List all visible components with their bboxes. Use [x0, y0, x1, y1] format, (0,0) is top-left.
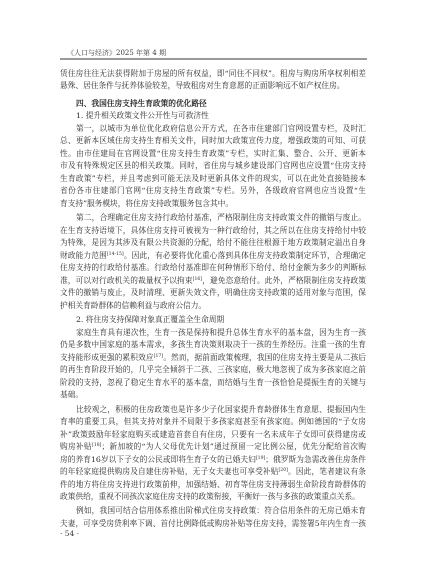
text-line: 财政能力范围[14-15]。因此，有必要将优化重心落到具体住房支持政策制定环节，…	[60, 250, 366, 263]
paragraph-second-measure: 第二，合理确定住房支持行政给付基准，严格限制住房支持政策文件的撤销与废止。 在生…	[60, 212, 366, 312]
paragraph-international-comparison: 比较观之，积极的住房政策也是许多少子化国家提升育龄群体生育意愿、提振国内生 育率…	[60, 404, 366, 504]
text-line: 生育政策”专栏，并且考虑到可能无法及时更新具体文件的现实，可以在此处直接链接本	[60, 173, 366, 186]
subheading-1: 1. 提升相关政策文件公开性与可救济性	[60, 110, 366, 123]
text-line: 文件的撤销与废止，及时清理、更新失效文件，明确住房支持政策的适用对象与范围，保	[60, 287, 366, 300]
text-line: 件的地方将住房支持进行政策前伸，加强结婚、初育等住房支持薄弱生命阶段育龄群体的	[60, 479, 366, 492]
text-line: 例如，我国可结合信用体系推出阶梯式住房支持政策：符合信用条件的无房已婚未育	[60, 505, 366, 518]
text-line: 市及有特殊规定区县的相关政策。同时，省住房与城乡建设部门官网也应设置“住房支持	[60, 160, 366, 173]
text-line: 购房补贴[18]；新加坡的“为人父母优先计划”通过预留一定比例公屋，优先分配给首…	[60, 441, 366, 454]
paragraph-continuation: 赁住房往往无法获得附加于房屋的所有权益，即“同住不同权”。租房与购房所享权利相差…	[60, 68, 366, 93]
citation-ref: [19]	[256, 456, 265, 461]
article-body: 赁住房往往无法获得附加于房屋的所有权益，即“同住不同权”。租房与购房所享权利相差…	[60, 68, 366, 531]
text-line: 的年轻家庭提供购房及自建住房补贴，无子女夫妻也可享受补贴[20]。因此，笔者建议…	[60, 466, 366, 479]
text-line: 护相关育龄群体的信赖利益与政府公信力。	[60, 300, 366, 313]
text-line: 住房支持的行政给付基准。行政给付基准即在何种情形下给付、给付金额为多少的判断标	[60, 262, 366, 275]
citation-ref: [17]	[154, 354, 163, 359]
subheading-text: 1. 提升相关政策文件公开性与可救济性	[60, 110, 366, 123]
subheading-2: 2. 将住房支持保障对象真正覆盖全生命周期	[60, 314, 366, 327]
citation-ref: [16]	[193, 277, 202, 282]
text-line: 省份各市住建部门官网“住房支持生育政策”专栏。另外，各级政府官网也应当设置“生	[60, 185, 366, 198]
text-line: 准，可以对行政机关的裁量权予以拘束[16]，避免恣意给付。此外，严格限制住房支持…	[60, 275, 366, 288]
text-line: 家庭生育具有递次性，生育一孩是保持和提升总体生育水平的基本盘，因为生育一孩	[60, 327, 366, 340]
paragraph-example: 例如，我国可结合信用体系推出阶梯式住房支持政策：符合信用条件的无房已婚未育 夫妻…	[60, 505, 366, 530]
text-line: 第一，以城市为单位优化政府信息公开方式，在各市住建部门官网设置专栏，及时汇	[60, 123, 366, 136]
text-segment: ，避免恣意给付。此外，严格限制住房支持政策	[202, 276, 366, 285]
paragraph-family-fertility: 家庭生育具有递次性，生育一孩是保持和提升总体生育水平的基本盘，因为生育一孩 仍是…	[60, 327, 366, 402]
text-line: 补”政策鼓励年轻家庭购买或建造首套自有住房，只要有一名未成年子女即可获得建房或	[60, 429, 366, 442]
text-line: 总、更新本区域住房支持生育相关文件，同时加大政策宣传力度，增强政策的可知、可获	[60, 135, 366, 148]
citation-ref: [14-15]	[107, 252, 124, 257]
text-line: 在生育支持语境下，具体住房支持可被视为一种行政给付，其之所以在住房支持给付中较	[60, 225, 366, 238]
text-line: 的再生育阶段开始的，几乎完全倾斜于二孩、三孩家庭，极大地忽视了成为多孩家庭之前	[60, 364, 366, 377]
text-line: 房的养育16岁以下子女的公民或即将生育子女的已婚夫妇[19]；俄罗斯为急需改善住…	[60, 454, 366, 467]
text-segment: ；俄罗斯为急需改善住房条件	[265, 455, 366, 464]
page-number: · 54 ·	[60, 529, 79, 539]
text-line: 育率的重要工具，但其支持对象并不局限于多孩家庭甚至有孩家庭。例如德国的“子女房	[60, 416, 366, 429]
text-line: 赁住房往往无法获得附加于房屋的所有权益，即“同住不同权”。租房与购房所享权利相差	[60, 68, 366, 81]
text-line: 为特殊，是因为其涉及有限公共资源的分配，给付不能往往根源于地方政策制定溢出自身	[60, 237, 366, 250]
text-segment: 购房补贴	[60, 442, 92, 451]
text-segment: 。然而，据前面政策梳理，我国的住房支持主要是从二孩后	[163, 353, 366, 362]
paragraph-first-measure: 第一，以城市为单位优化政府信息公开方式，在各市住建部门官网设置专栏，及时汇 总、…	[60, 123, 366, 211]
text-line: 悬殊、居住条件与抚养体验较差，导致租房对生育意愿的正面影响远不如产权住房。	[60, 80, 366, 93]
text-segment: 财政能力范围	[60, 251, 107, 260]
text-segment: 。因此，笔者建议有条	[288, 467, 366, 476]
text-segment: 的年轻家庭提供购房及自建住房补贴，无子女夫妻也可享受补贴	[60, 467, 279, 476]
header-rule	[60, 58, 367, 60]
citation-ref: [20]	[279, 468, 288, 473]
text-segment: 房的养育16岁以下子女的公民或即将生育子女的已婚夫妇	[60, 455, 256, 464]
text-line: 政策供给，重视不同孩次家庭住房支持的政策衔接，平衡好一孩与多孩的政策重点关系。	[60, 491, 366, 504]
text-segment: 准，可以对行政机关的裁量权予以拘束	[60, 276, 193, 285]
text-line: 基础。	[60, 389, 366, 402]
section-heading: 四、我国住房支持生育政策的优化路径	[60, 98, 366, 111]
text-line: 仍是多数中国家庭的基本需求，多孩生育决策则取决于一孩的生养经历。注重一孩的生育	[60, 339, 366, 352]
text-line: 比较观之，积极的住房政策也是许多少子化国家提升育龄群体生育意愿、提振国内生	[60, 404, 366, 417]
running-head: 《人口与经济》2025 年第 4 期	[67, 48, 166, 58]
subheading-text: 2. 将住房支持保障对象真正覆盖全生命周期	[60, 314, 366, 327]
text-line: 阶段的支持，忽视了稳定生育水平的基本盘，而结婚与生育一孩恰恰是提振生育的关键与	[60, 377, 366, 390]
text-line: 育支持”服务模块，将住房支持政策服务包含其中。	[60, 198, 366, 211]
text-segment: 。因此，有必要将优化重心落到具体住房支持政策制定环节，合理确定	[124, 251, 366, 260]
text-line: 第二，合理确定住房支持行政给付基准，严格限制住房支持政策文件的撤销与废止。	[60, 212, 366, 225]
text-segment: 支持能形成更强的累积效应	[60, 353, 154, 362]
text-segment: ；新加坡的“为人父母优先计划”通过预留一定比例公屋，优先分配给首次购	[101, 442, 366, 451]
text-line: 夫妻，可享受房贷利率下调、首付比例降低或购房补贴等住房支持，需签署5年内生育一孩	[60, 518, 366, 531]
text-line: 性。由市住建局在官网设置“住房支持生育政策”专栏，实时汇集、整合、公开、更新本	[60, 148, 366, 161]
text-line: 支持能形成更强的累积效应[17]。然而，据前面政策梳理，我国的住房支持主要是从二…	[60, 352, 366, 365]
